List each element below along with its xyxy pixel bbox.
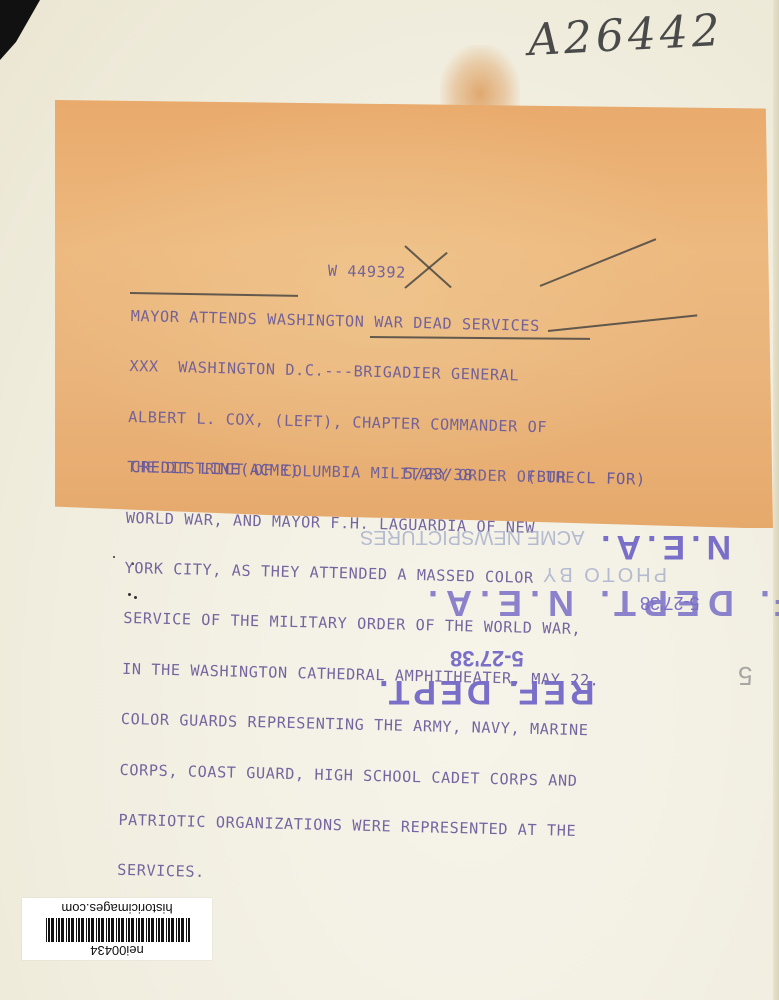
dirt-speck [134, 596, 137, 599]
barcode-icon [44, 918, 190, 942]
dirt-speck [113, 556, 115, 558]
stamp-date-main: 5-27'38 [450, 645, 524, 671]
dirt-speck [132, 563, 134, 565]
dirt-speck [128, 593, 131, 596]
caption-line: ALBERT L. COX, (LEFT), CHAPTER COMMANDER… [128, 409, 728, 440]
paper-edge [773, 0, 779, 1000]
stamp-ref-dept-nea: REF. DEPT. N.E.A. [420, 582, 779, 624]
barcode-number: nei00434 [22, 943, 212, 958]
stamp-ref-dept: REF. DEPT. [375, 672, 594, 711]
handwritten-archive-id: A26442 [527, 5, 725, 66]
caption-date: 5/23/38 [403, 465, 473, 485]
caption-line: XXX WASHINGTON D.C.---BRIGADIER GENERAL [129, 358, 729, 389]
caption-line: PATRIOTIC ORGANIZATIONS WERE REPRESENTED… [118, 812, 718, 843]
glue-stain [440, 45, 520, 115]
caption-headline: MAYOR ATTENDS WASHINGTON WAR DEAD SERVIC… [131, 308, 731, 339]
caption-line: COLOR GUARDS REPRESENTING THE ARMY, NAVY… [121, 711, 721, 742]
stamp-acme-newspictures: ACME NEWSPICTURES [360, 525, 584, 548]
caption-id: W 449392 [132, 258, 732, 289]
routing-code: (BUR CL FOR) [526, 468, 646, 489]
sticker-website: historicimages.com [22, 901, 212, 916]
caption-line: CORPS, COAST GUARD, HIGH SCHOOL CADET CO… [119, 761, 719, 792]
stamp-nea-top: N.E.A. [595, 527, 731, 566]
caption-line: SERVICES. [117, 862, 717, 893]
pencil-number: 5 [738, 660, 752, 691]
barcode-sticker: nei00434 historicimages.com [22, 898, 212, 960]
